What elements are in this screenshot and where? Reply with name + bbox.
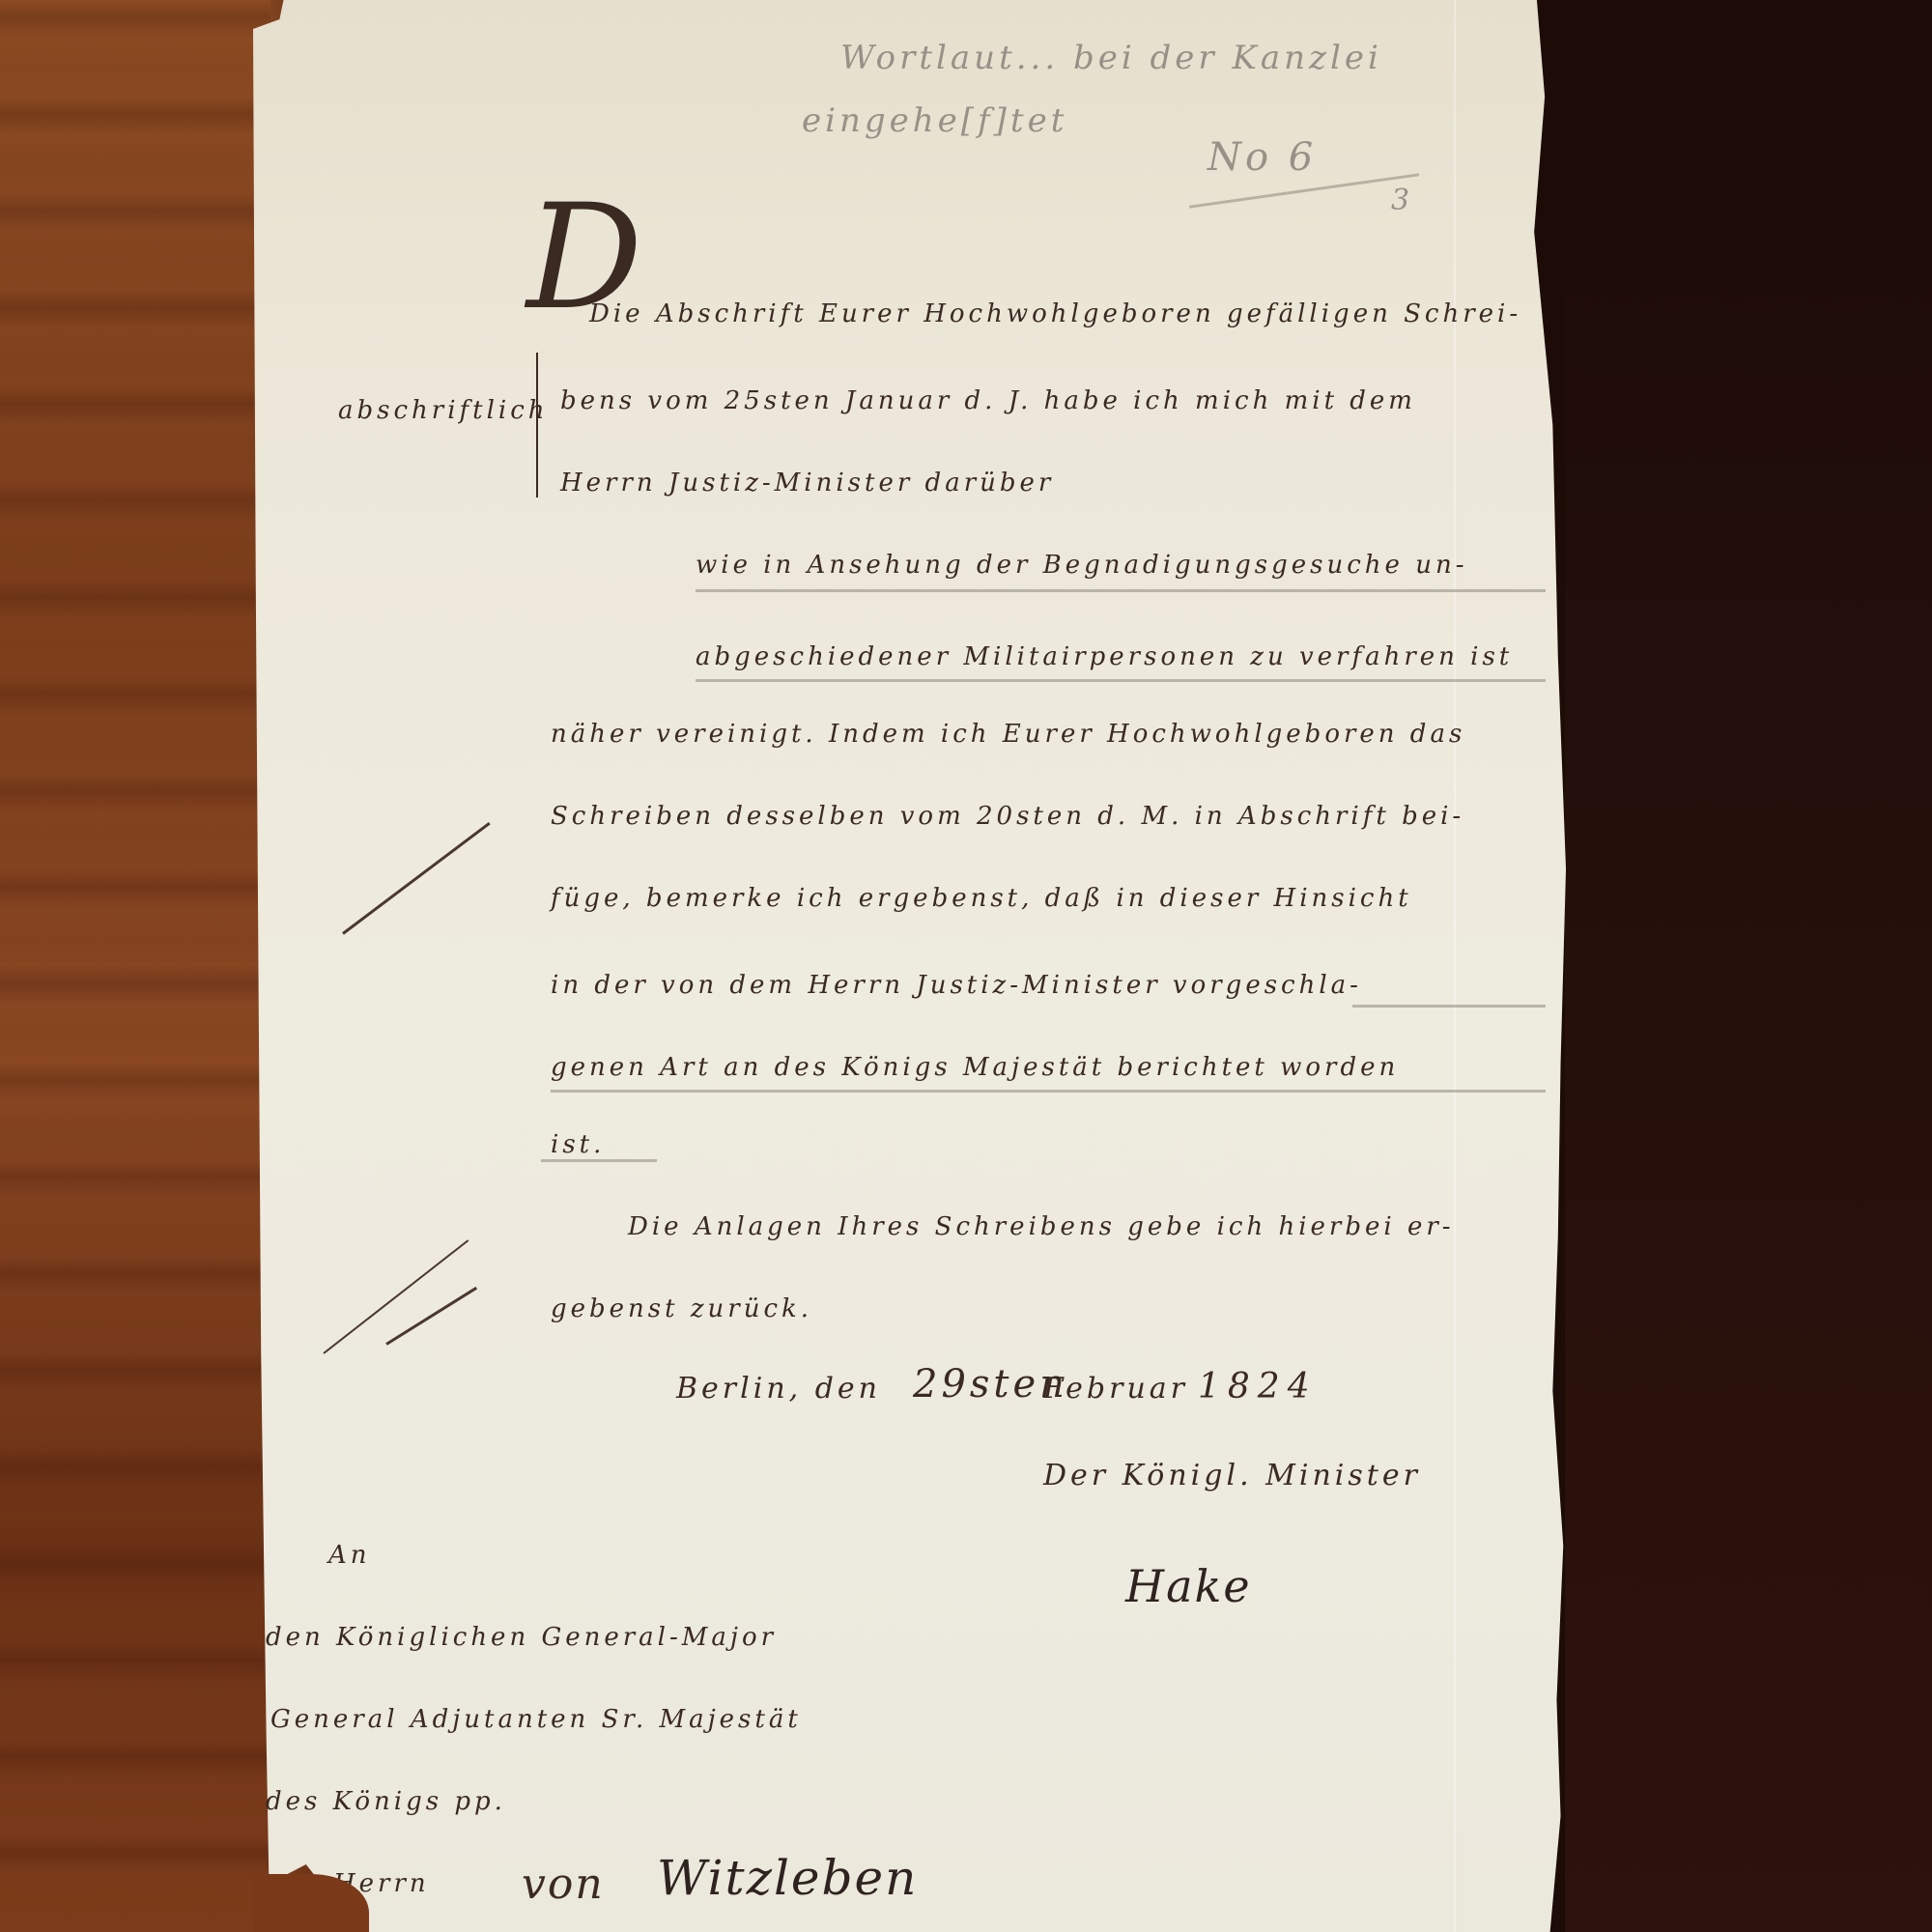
body-line: füge, bemerke ich ergebenst, daß in dies… [551, 884, 1412, 913]
date-month: Februar [1043, 1372, 1188, 1406]
body-line: genen Art an des Königs Majestät bericht… [551, 1053, 1399, 1082]
address-line2: General Adjutanten Sr. Majestät [270, 1705, 802, 1734]
pencil-annotation-line2: eingehe[f]tet [802, 101, 1067, 140]
paper-fold-line [1454, 0, 1456, 1932]
margin-bracket [536, 353, 538, 497]
pencil-underline [696, 589, 1546, 592]
dark-background [1565, 0, 1932, 1932]
closing-title: Der Königl. Minister [1043, 1459, 1421, 1492]
body-line: näher vereinigt. Indem ich Eurer Hochwoh… [551, 720, 1465, 749]
pencil-underline [696, 679, 1546, 682]
body-line: Herrn Justiz-Minister darüber [560, 469, 1054, 497]
wooden-table-background [0, 0, 270, 1932]
file-number: No 6 [1207, 135, 1317, 180]
address-line1: den Königlichen General-Major [266, 1623, 777, 1652]
pencil-underline [1352, 1005, 1546, 1008]
file-number-sub: 3 [1391, 184, 1413, 217]
body-line: Die Abschrift Eurer Hochwohlgeboren gefä… [589, 299, 1521, 328]
body-line: wie in Ansehung der Begnadigungsgesuche … [696, 551, 1467, 580]
body-line: Schreiben desselben vom 20sten d. M. in … [551, 802, 1464, 831]
body-line: in der von dem Herrn Justiz-Minister vor… [551, 971, 1362, 1000]
pencil-underline [551, 1090, 1546, 1093]
address-line3: des Königs pp. [266, 1787, 506, 1816]
body-line: abgeschiedener Militairpersonen zu verfa… [696, 642, 1513, 671]
date-year: 1824 [1198, 1367, 1318, 1406]
body-line: gebenst zurück. [551, 1294, 812, 1323]
recipient-name: Witzleben [657, 1850, 918, 1906]
signature: Hake [1125, 1560, 1252, 1612]
address-to: An [328, 1541, 371, 1570]
pencil-underline [541, 1159, 657, 1162]
address-von: von [522, 1860, 605, 1909]
place-label: Berlin, den [676, 1372, 881, 1406]
body-line: Die Anlagen Ihres Schreibens gebe ich hi… [628, 1212, 1455, 1241]
margin-note: abschriftlich [338, 396, 549, 425]
pencil-annotation-line1: Wortlaut... bei der Kanzlei [840, 39, 1382, 77]
body-line: ist. [551, 1130, 605, 1159]
body-line: bens vom 25sten Januar d. J. habe ich mi… [560, 386, 1416, 415]
